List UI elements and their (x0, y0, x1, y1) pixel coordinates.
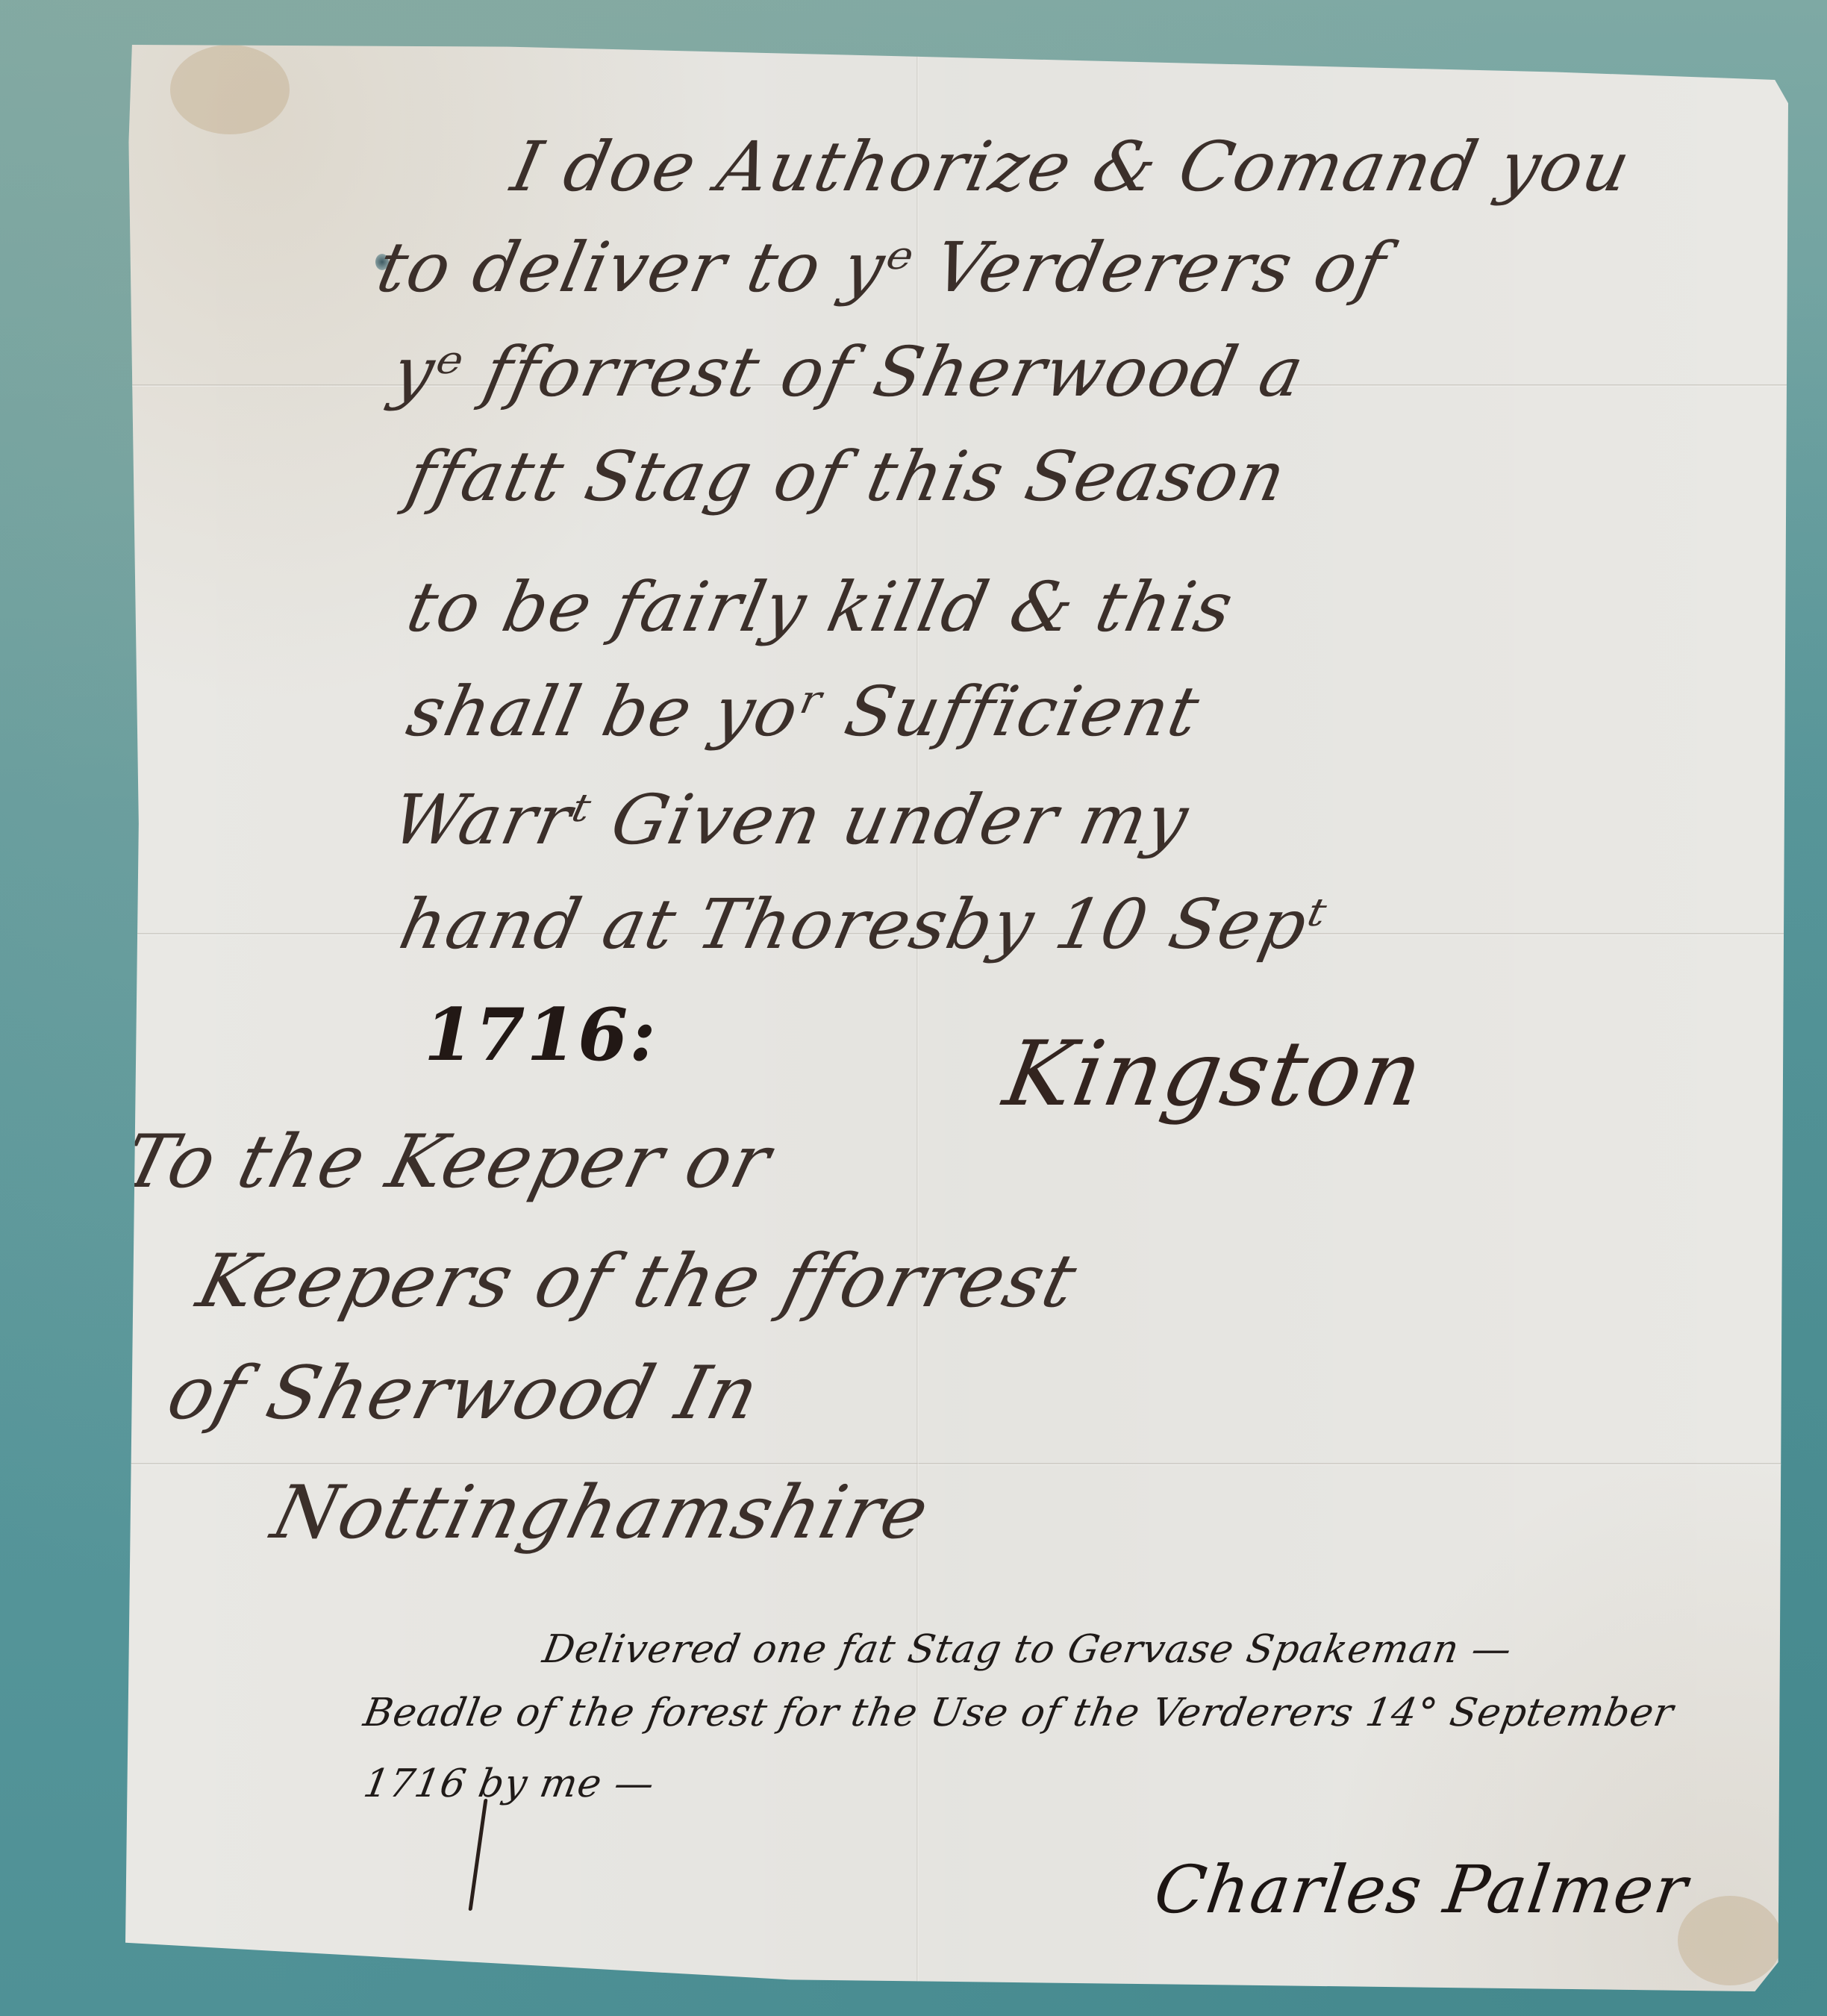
palmer-signature: Charles Palmer (1150, 1851, 1693, 1928)
address-line-1: To the Keeper or (115, 1120, 780, 1205)
body-line-1: I doe Authorize & Comand you (505, 127, 1638, 207)
endorsement-line-1: Delivered one fat Stag to Gervase Spakem… (540, 1627, 1516, 1672)
body-line-8: hand at Thoresby 10 Sepᵗ (393, 884, 1334, 964)
fold-crease-horizontal (125, 1463, 1788, 1465)
date-year: 1716: (424, 993, 658, 1077)
body-line-2: to deliver to yᵉ Verderers of (371, 228, 1394, 308)
address-line-3: of Sherwood In (160, 1351, 769, 1436)
paper-stain (1678, 1896, 1782, 1985)
ink-descender (468, 1799, 487, 1911)
body-line-4: ffatt Stag of this Season (401, 437, 1294, 517)
address-line-2: Keepers of the fforrest (190, 1239, 1086, 1324)
body-line-6: shall be yoʳ Sufficient (401, 672, 1208, 752)
body-line-3: yᵉ fforrest of Sherwood a (386, 332, 1312, 412)
body-line-7: Warrᵗ Given under my (386, 780, 1196, 860)
endorsement-line-2: Beadle of the forest for the Use of the … (360, 1691, 1678, 1735)
endorsement-line-3: 1716 by me — (360, 1761, 658, 1806)
address-line-4: Nottinghamshire (264, 1470, 938, 1555)
kingston-signature: Kingston (997, 1023, 1431, 1126)
document-paper: I doe Authorize & Comand you to deliver … (125, 45, 1788, 1991)
body-line-5: to be fairly killd & this (401, 567, 1241, 647)
paper-stain (170, 45, 290, 134)
